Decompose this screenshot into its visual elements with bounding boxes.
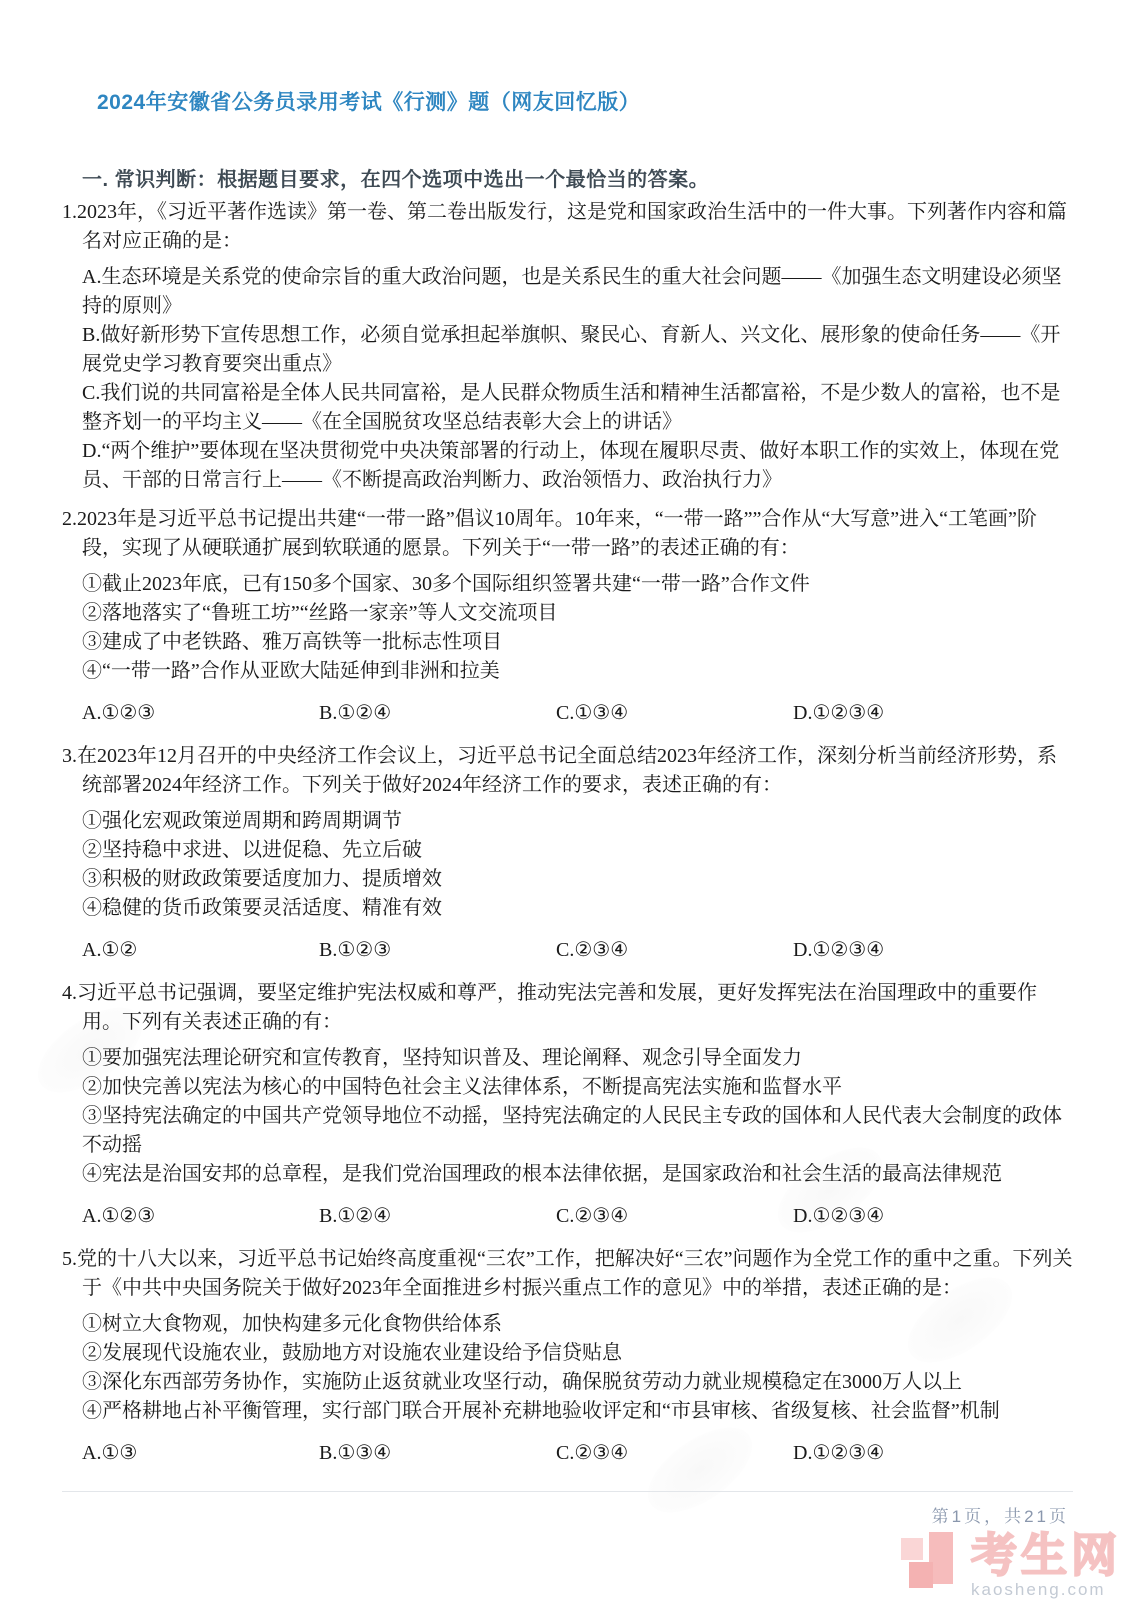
- kaosheng-logo-icon: [899, 1532, 961, 1596]
- statement-4: ④稳健的货币政策要灵活适度、精准有效: [62, 894, 1075, 923]
- choice-a: A.①③: [82, 1439, 319, 1468]
- question-stem: 3.在2023年12月召开的中央经济工作会议上，习近平总书记全面总结2023年经…: [62, 742, 1075, 800]
- choice-a: A.①②③: [82, 1202, 319, 1231]
- question-3: 3.在2023年12月召开的中央经济工作会议上，习近平总书记全面总结2023年经…: [62, 742, 1075, 965]
- kaosheng-watermark-logo: 考生网 kaosheng.com: [899, 1532, 1121, 1600]
- statement-3: ③建成了中老铁路、雅万高铁等一批标志性项目: [62, 628, 1075, 657]
- choice-d: D.①②③④: [793, 699, 884, 728]
- statement-1: ①截止2023年底，已有150多个国家、30多个国际组织签署共建“一带一路”合作…: [62, 570, 1075, 599]
- statement-4: ④宪法是治国安邦的总章程，是我们党治国理政的根本法律依据，是国家政治和社会生活的…: [62, 1160, 1075, 1189]
- choice-c: C.②③④: [556, 1439, 793, 1468]
- statement-4: ④“一带一路”合作从亚欧大陆延伸到非洲和拉美: [62, 657, 1075, 686]
- statement-3: ③积极的财政政策要适度加力、提质增效: [62, 865, 1075, 894]
- statement-3: ③深化东西部劳务协作，实施防止返贫就业攻坚行动，确保脱贫劳动力就业规模稳定在30…: [62, 1368, 1075, 1397]
- statement-4: ④严格耕地占补平衡管理，实行部门联合开展补充耕地验收评定和“市县审核、省级复核、…: [62, 1397, 1075, 1426]
- question-1: 1.2023年，《习近平著作选读》第一卷、第二卷出版发行，这是党和国家政治生活中…: [62, 198, 1075, 495]
- statement-3: ③坚持宪法确定的中国共产党领导地位不动摇，坚持宪法确定的人民民主专政的国体和人民…: [62, 1102, 1075, 1160]
- question-list: 1.2023年，《习近平著作选读》第一卷、第二卷出版发行，这是党和国家政治生活中…: [62, 198, 1075, 1482]
- logo-domain: kaosheng.com: [971, 1580, 1121, 1600]
- option-a: A.生态环境是关系党的使命宗旨的重大政治问题，也是关系民生的重大社会问题——《加…: [62, 263, 1075, 321]
- question-stem: 5.党的十八大以来，习近平总书记始终高度重视“三农”工作，把解决好“三农”问题作…: [62, 1245, 1075, 1303]
- option-d: D.“两个维护”要体现在坚决贯彻党中央决策部署的行动上，体现在履职尽责、做好本职…: [62, 437, 1075, 495]
- choice-b: B.①③④: [319, 1439, 556, 1468]
- statement-1: ①要加强宪法理论研究和宣传教育，坚持知识普及、理论阐释、观念引导全面发力: [62, 1044, 1075, 1073]
- choice-c: C.②③④: [556, 936, 793, 965]
- choice-c: C.①③④: [556, 699, 793, 728]
- statement-1: ①树立大食物观，加快构建多元化食物供给体系: [62, 1310, 1075, 1339]
- statement-1: ①强化宏观政策逆周期和跨周期调节: [62, 807, 1075, 836]
- choice-b: B.①②④: [319, 699, 556, 728]
- choice-a: A.①②: [82, 936, 319, 965]
- statement-2: ②发展现代设施农业，鼓励地方对设施农业建设给予信贷贴息: [62, 1339, 1075, 1368]
- option-b: B.做好新形势下宣传思想工作，必须自觉承担起举旗帜、聚民心、育新人、兴文化、展形…: [62, 321, 1075, 379]
- logo-name: 考生网: [971, 1532, 1121, 1578]
- choice-a: A.①②③: [82, 699, 319, 728]
- question-stem: 2.2023年是习近平总书记提出共建“一带一路”倡议10周年。10年来，“一带一…: [62, 505, 1075, 563]
- page-title: 2024年安徽省公务员录用考试《行测》题（网友回忆版）: [97, 86, 640, 116]
- document-page: 2024年安徽省公务员录用考试《行测》题（网友回忆版） 一. 常识判断：根据题目…: [0, 0, 1131, 1600]
- choice-d: D.①②③④: [793, 1202, 884, 1231]
- question-5: 5.党的十八大以来，习近平总书记始终高度重视“三农”工作，把解决好“三农”问题作…: [62, 1245, 1075, 1468]
- choice-b: B.①②④: [319, 1202, 556, 1231]
- question-4: 4.习近平总书记强调，要坚定维护宪法权威和尊严，推动宪法完善和发展，更好发挥宪法…: [62, 979, 1075, 1231]
- question-stem: 4.习近平总书记强调，要坚定维护宪法权威和尊严，推动宪法完善和发展，更好发挥宪法…: [62, 979, 1075, 1037]
- footer-divider: [62, 1491, 1073, 1492]
- choice-d: D.①②③④: [793, 1439, 884, 1468]
- choice-b: B.①②③: [319, 936, 556, 965]
- statement-2: ②加快完善以宪法为核心的中国特色社会主义法律体系，不断提高宪法实施和监督水平: [62, 1073, 1075, 1102]
- choice-row: A.①②③ B.①②④ C.①③④ D.①②③④: [62, 699, 1075, 728]
- choice-d: D.①②③④: [793, 936, 884, 965]
- option-c: C.我们说的共同富裕是全体人民共同富裕，是人民群众物质生活和精神生活都富裕，不是…: [62, 379, 1075, 437]
- choice-row: A.①③ B.①③④ C.②③④ D.①②③④: [62, 1439, 1075, 1468]
- question-stem: 1.2023年，《习近平著作选读》第一卷、第二卷出版发行，这是党和国家政治生活中…: [62, 198, 1075, 256]
- choice-row: A.①② B.①②③ C.②③④ D.①②③④: [62, 936, 1075, 965]
- page-number: 第1页，共21页: [932, 1502, 1069, 1527]
- section-heading: 一. 常识判断：根据题目要求，在四个选项中选出一个最恰当的答案。: [82, 163, 709, 192]
- choice-c: C.②③④: [556, 1202, 793, 1231]
- statement-2: ②坚持稳中求进、以进促稳、先立后破: [62, 836, 1075, 865]
- statement-2: ②落地落实了“鲁班工坊”“丝路一家亲”等人文交流项目: [62, 599, 1075, 628]
- question-2: 2.2023年是习近平总书记提出共建“一带一路”倡议10周年。10年来，“一带一…: [62, 505, 1075, 728]
- choice-row: A.①②③ B.①②④ C.②③④ D.①②③④: [62, 1202, 1075, 1231]
